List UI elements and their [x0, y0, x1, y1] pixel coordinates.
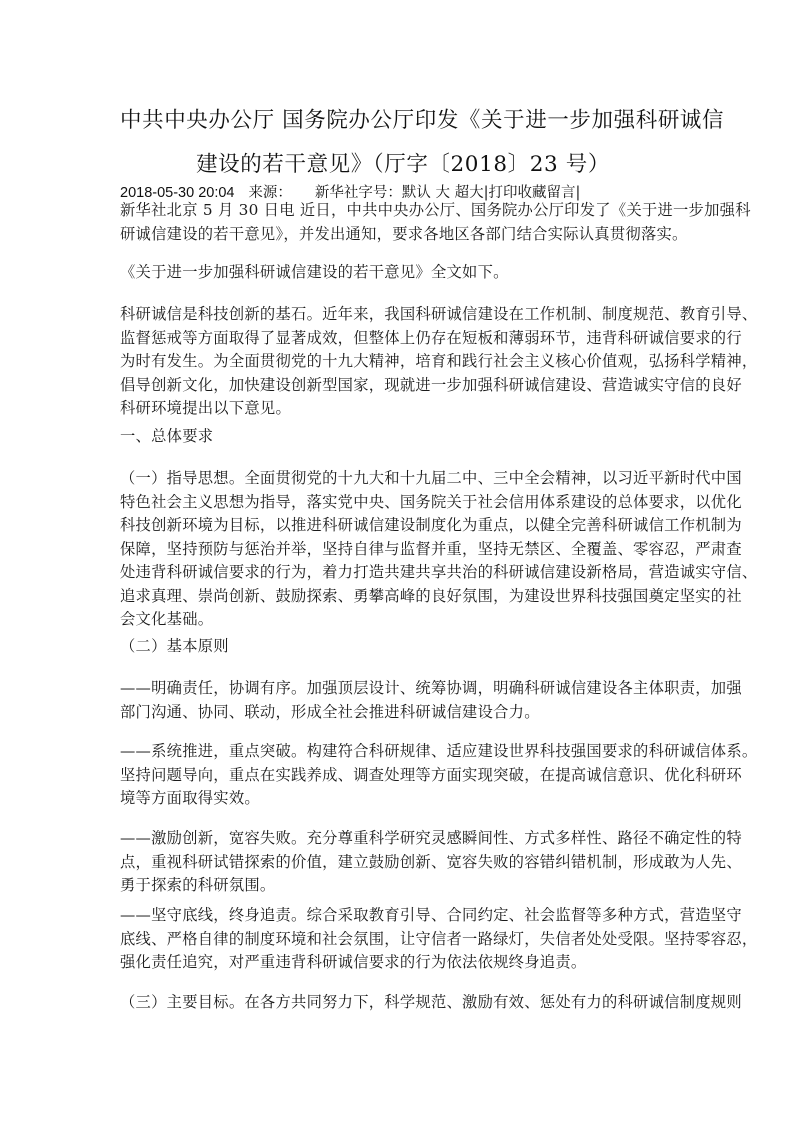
paragraph-fulltext-note: 《关于进一步加强科研诚信建设的若干意见》全文如下。	[120, 261, 686, 285]
paragraph-line: （三）主要目标。在各方共同努力下，科学规范、激励有效、惩处有力的科研诚信制度规则	[120, 991, 686, 1015]
paragraph-line: 点，重视科研试错探索的价值，建立鼓励创新、宽容失败的容错纠错机制，形成敢为人先、	[120, 851, 686, 875]
paragraph-line: 底线、严格自律的制度环境和社会氛围，让守信者一路绿灯，失信者处处受限。坚持零容忍…	[120, 928, 686, 952]
paragraph-line: ——激励创新，宽容失败。充分尊重科学研究灵感瞬间性、方式多样性、路径不确定性的特	[120, 827, 686, 851]
paragraph-line: 坚持问题导向，重点在实践养成、调查处理等方面实现突破，在提高诚信意识、优化科研环	[120, 764, 686, 788]
paragraph-line: ——坚守底线，终身追责。综合采取教育引导、合同约定、社会监督等多种方式，营造坚守	[120, 904, 686, 928]
paragraph-line: 倡导创新文化，加快建设创新型国家，现就进一步加强科研诚信建设、营造诚实守信的良好	[120, 374, 686, 398]
paragraph-principle-2: ——系统推进，重点突破。构建符合科研规律、适应建设世界科技强国要求的科研诚信体系…	[120, 740, 686, 811]
paragraph-line: （二）基本原则	[120, 635, 686, 659]
paragraph-line: 新华社北京 5 月 30 日电 近日，中共中央办公厅、国务院办公厅印发了《关于进…	[120, 199, 686, 223]
paragraph-line: （一）指导思想。全面贯彻党的十九大和十九届二中、三中全会精神，以习近平新时代中国	[120, 467, 686, 491]
paragraph-line: 处违背科研诚信要求的行为，着力打造共建共享共治的科研诚信建设新格局，营造诚实守信…	[120, 561, 686, 585]
paragraph-line: 勇于探索的科研氛围。	[120, 874, 686, 898]
paragraph-principle-1: ——明确责任，协调有序。加强顶层设计、统筹协调，明确科研诚信建设各主体职责，加强…	[120, 677, 686, 724]
paragraph-basic-principles-heading: （二）基本原则	[120, 635, 686, 659]
paragraph-line: 部门沟通、协同、联动，形成全社会推进科研诚信建设合力。	[120, 701, 686, 725]
paragraph-principle-4: ——坚守底线，终身追责。综合采取教育引导、合同约定、社会监督等多种方式，营造坚守…	[120, 904, 686, 975]
paragraph-line: 监督惩戒等方面取得了显著成效，但整体上仍存在短板和薄弱环节，违背科研诚信要求的行	[120, 327, 686, 351]
paragraph-line: 科研诚信是科技创新的基石。近年来，我国科研诚信建设在工作机制、制度规范、教育引导…	[120, 303, 686, 327]
paragraph-line: 保障，坚持预防与惩治并举，坚持自律与监督并重，坚持无禁区、全覆盖、零容忍，严肃查	[120, 538, 686, 562]
paragraph-line: ——明确责任，协调有序。加强顶层设计、统筹协调，明确科研诚信建设各主体职责，加强	[120, 677, 686, 701]
document-title-line-2: 建设的若干意见》（厅字〔2018〕23 号）	[120, 147, 686, 178]
paragraph-line: 追求真理、崇尚创新、鼓励探索、勇攀高峰的良好氛围，为建设世界科技强国奠定坚实的社	[120, 585, 686, 609]
paragraph-line: ——系统推进，重点突破。构建符合科研规律、适应建设世界科技强国要求的科研诚信体系…	[120, 740, 686, 764]
paragraph-line: 一、总体要求	[120, 425, 686, 449]
paragraph-line: 会文化基础。	[120, 608, 686, 632]
paragraph-line: 境等方面取得实效。	[120, 787, 686, 811]
paragraph-intro: 新华社北京 5 月 30 日电 近日，中共中央办公厅、国务院办公厅印发了《关于进…	[120, 199, 686, 246]
document-title-line-1: 中共中央办公厅 国务院办公厅印发《关于进一步加强科研诚信	[120, 103, 686, 134]
paragraph-line: 强化责任追究，对严重违背科研诚信要求的行为依法依规终身追责。	[120, 951, 686, 975]
paragraph-main-goals: （三）主要目标。在各方共同努力下，科学规范、激励有效、惩处有力的科研诚信制度规则	[120, 991, 686, 1015]
paragraph-line: 《关于进一步加强科研诚信建设的若干意见》全文如下。	[120, 261, 686, 285]
paragraph-preamble: 科研诚信是科技创新的基石。近年来，我国科研诚信建设在工作机制、制度规范、教育引导…	[120, 303, 686, 421]
paragraph-line: 科技创新环境为目标，以推进科研诚信建设制度化为重点，以健全完善科研诚信工作机制为	[120, 514, 686, 538]
paragraph-line: 科研环境提出以下意见。	[120, 397, 686, 421]
paragraph-principle-3: ——激励创新，宽容失败。充分尊重科学研究灵感瞬间性、方式多样性、路径不确定性的特…	[120, 827, 686, 898]
paragraph-section-1-heading: 一、总体要求	[120, 425, 686, 449]
paragraph-line: 为时有发生。为全面贯彻党的十九大精神，培育和践行社会主义核心价值观，弘扬科学精神…	[120, 350, 686, 374]
paragraph-line: 特色社会主义思想为指导，落实党中央、国务院关于社会信用体系建设的总体要求，以优化	[120, 491, 686, 515]
paragraph-line: 研诚信建设的若干意见》，并发出通知，要求各地区各部门结合实际认真贯彻落实。	[120, 223, 686, 247]
paragraph-guiding-thought: （一）指导思想。全面贯彻党的十九大和十九届二中、三中全会精神，以习近平新时代中国…	[120, 467, 686, 632]
